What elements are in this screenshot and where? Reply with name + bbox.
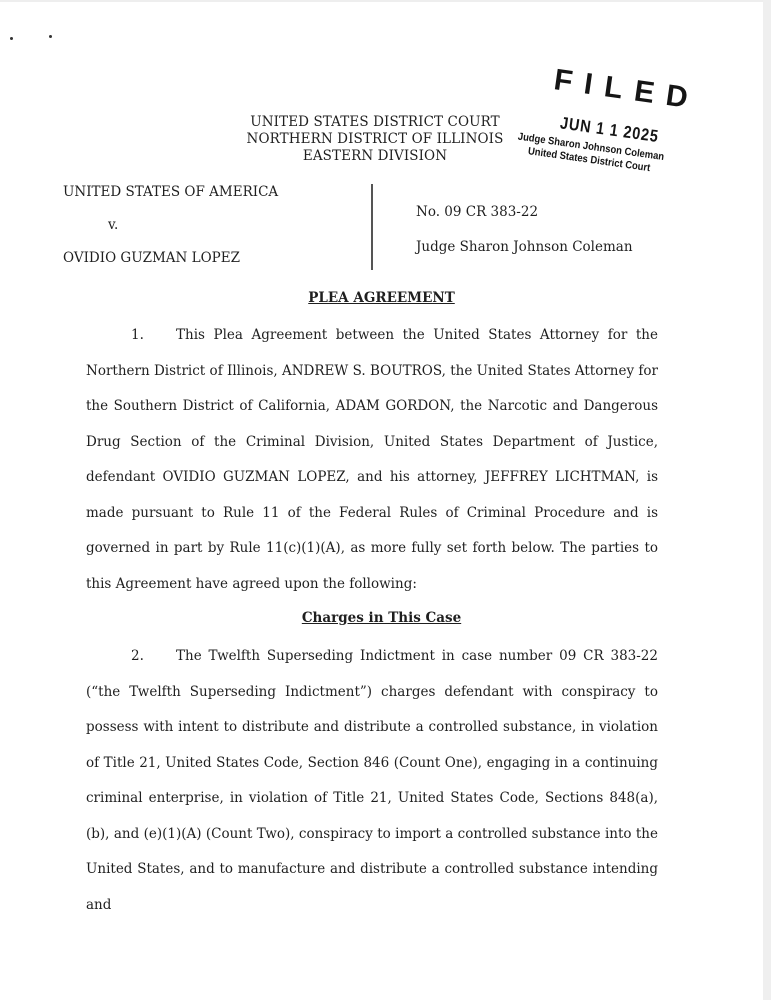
paragraph-2: 2.The Twelfth Superseding Indictment in …: [86, 639, 658, 923]
paragraph-number: 2.: [131, 639, 176, 675]
filed-stamp-label: FILED: [552, 63, 702, 117]
caption-divider: [371, 184, 373, 270]
case-caption-details: No. 09 CR 383-22 Judge Sharon Johnson Co…: [416, 204, 633, 256]
page-margin-strip: [763, 0, 771, 1000]
document-title: PLEA AGREEMENT: [0, 290, 763, 306]
scan-speck: [49, 35, 52, 38]
defendant: OVIDIO GUZMAN LOPEZ: [63, 250, 278, 267]
assigned-judge: Judge Sharon Johnson Coleman: [416, 239, 633, 256]
court-division: EASTERN DIVISION: [210, 148, 540, 165]
plaintiff: UNITED STATES OF AMERICA: [63, 184, 278, 201]
versus: v.: [108, 217, 278, 234]
court-header: UNITED STATES DISTRICT COURT NORTHERN DI…: [210, 114, 540, 165]
paragraph-number: 1.: [131, 318, 176, 354]
case-caption-parties: UNITED STATES OF AMERICA v. OVIDIO GUZMA…: [63, 184, 278, 267]
scan-edge: [0, 0, 763, 2]
filed-stamp: FILED JUN 1 1 2025 Judge Sharon Johnson …: [501, 50, 758, 222]
paragraph-1: 1.This Plea Agreement between the United…: [86, 318, 658, 602]
paragraph-text: The Twelfth Superseding Indictment in ca…: [86, 648, 658, 913]
section-heading-charges: Charges in This Case: [0, 610, 763, 626]
court-district: NORTHERN DISTRICT OF ILLINOIS: [210, 131, 540, 148]
paragraph-text: This Plea Agreement between the United S…: [86, 327, 658, 592]
case-number: No. 09 CR 383-22: [416, 204, 633, 221]
scan-speck: [10, 37, 13, 40]
court-name: UNITED STATES DISTRICT COURT: [210, 114, 540, 131]
